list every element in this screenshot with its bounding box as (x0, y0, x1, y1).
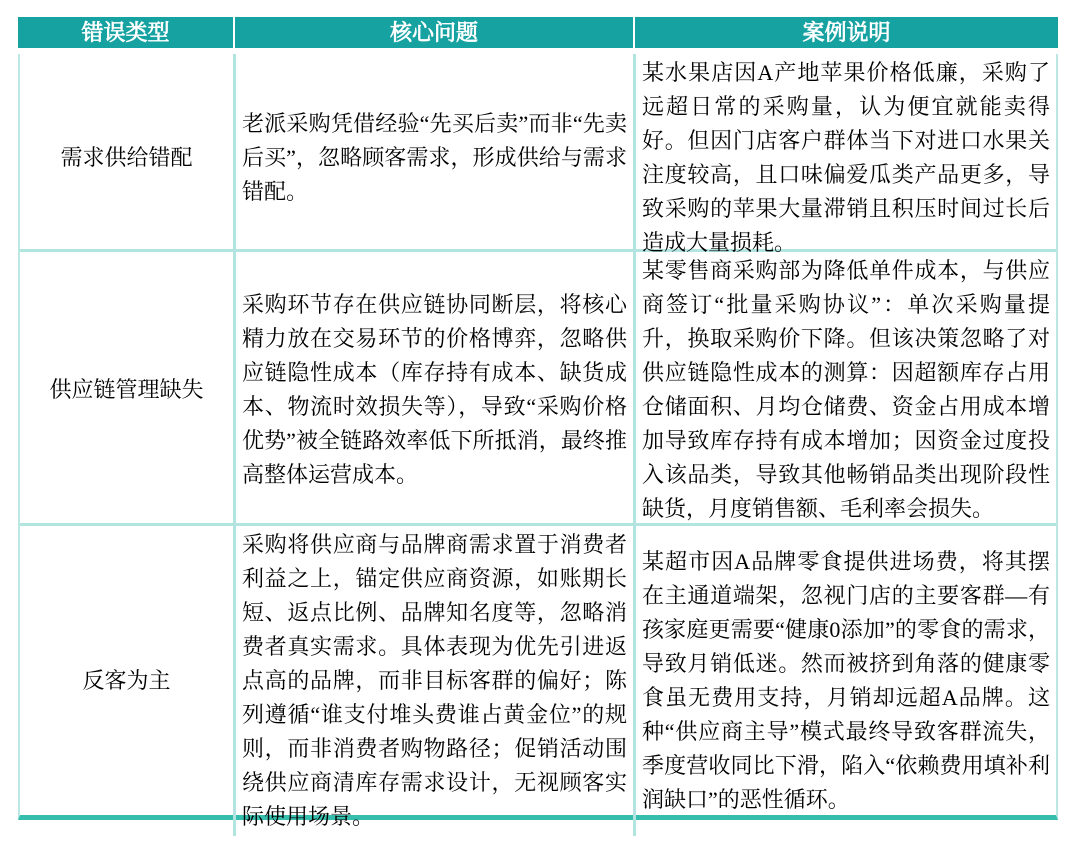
cell-error-type: 反客为主 (20, 526, 233, 836)
cell-core-problem: 采购环节存在供应链协同断层，将核心精力放在交易环节的价格博弈，忽略供应链隐性成本… (233, 252, 633, 528)
error-type-label: 反客为主 (82, 664, 170, 698)
case-description-text: 某超市因A品牌零食提供进场费，将其摆在主通道端架，忽视门店的主要客群—有孩家庭更… (636, 543, 1056, 819)
core-problem-text: 采购将供应商与品牌商需求置于消费者利益之上，锚定供应商资源，如账期长短、返点比例… (236, 526, 633, 836)
header-error-type: 错误类型 (18, 17, 233, 48)
header-case-description: 案例说明 (633, 17, 1058, 48)
error-type-label: 供应链管理缺失 (49, 373, 203, 407)
core-problem-text: 老派采购凭借经验“先买后卖”而非“先卖后买”，忽略顾客需求，形成供给与需求错配。 (236, 105, 633, 211)
table-body: 需求供给错配 老派采购凭借经验“先买后卖”而非“先卖后买”，忽略顾客需求，形成供… (18, 54, 1058, 820)
cell-core-problem: 采购将供应商与品牌商需求置于消费者利益之上，锚定供应商资源，如账期长短、返点比例… (233, 526, 633, 836)
case-description-text: 某水果店因A产地苹果价格低廉，采购了远超日常的采购量，认为便宜就能卖得好。但因门… (636, 54, 1056, 262)
core-problem-text: 采购环节存在供应链协同断层，将核心精力放在交易环节的价格博弈，忽略供应链隐性成本… (236, 286, 633, 494)
cell-case-description: 某水果店因A产地苹果价格低廉，采购了远超日常的采购量，认为便宜就能卖得好。但因门… (633, 54, 1056, 262)
cell-case-description: 某超市因A品牌零食提供进场费，将其摆在主通道端架，忽视门店的主要客群—有孩家庭更… (633, 526, 1056, 836)
table-header-row: 错误类型 核心问题 案例说明 (18, 17, 1058, 48)
cell-case-description: 某零售商采购部为降低单件成本，与供应商签订“批量采购协议”：单次采购量提升，换取… (633, 252, 1056, 528)
cell-error-type: 供应链管理缺失 (20, 252, 233, 528)
error-types-table: 错误类型 核心问题 案例说明 需求供给错配 老派采购凭借经验“先买后卖”而非“先… (18, 17, 1058, 820)
case-description-text: 某零售商采购部为降低单件成本，与供应商签订“批量采购协议”：单次采购量提升，换取… (636, 252, 1056, 528)
table-row: 反客为主 采购将供应商与品牌商需求置于消费者利益之上，锚定供应商资源，如账期长短… (20, 523, 1056, 815)
table-row: 需求供给错配 老派采购凭借经验“先买后卖”而非“先卖后买”，忽略顾客需求，形成供… (20, 54, 1056, 249)
header-core-problem: 核心问题 (233, 17, 633, 48)
table-row: 供应链管理缺失 采购环节存在供应链协同断层，将核心精力放在交易环节的价格博弈，忽… (20, 249, 1056, 523)
cell-core-problem: 老派采购凭借经验“先买后卖”而非“先卖后买”，忽略顾客需求，形成供给与需求错配。 (233, 54, 633, 262)
page: 错误类型 核心问题 案例说明 需求供给错配 老派采购凭借经验“先买后卖”而非“先… (0, 0, 1076, 842)
error-type-label: 需求供给错配 (60, 141, 192, 175)
cell-error-type: 需求供给错配 (20, 54, 233, 262)
